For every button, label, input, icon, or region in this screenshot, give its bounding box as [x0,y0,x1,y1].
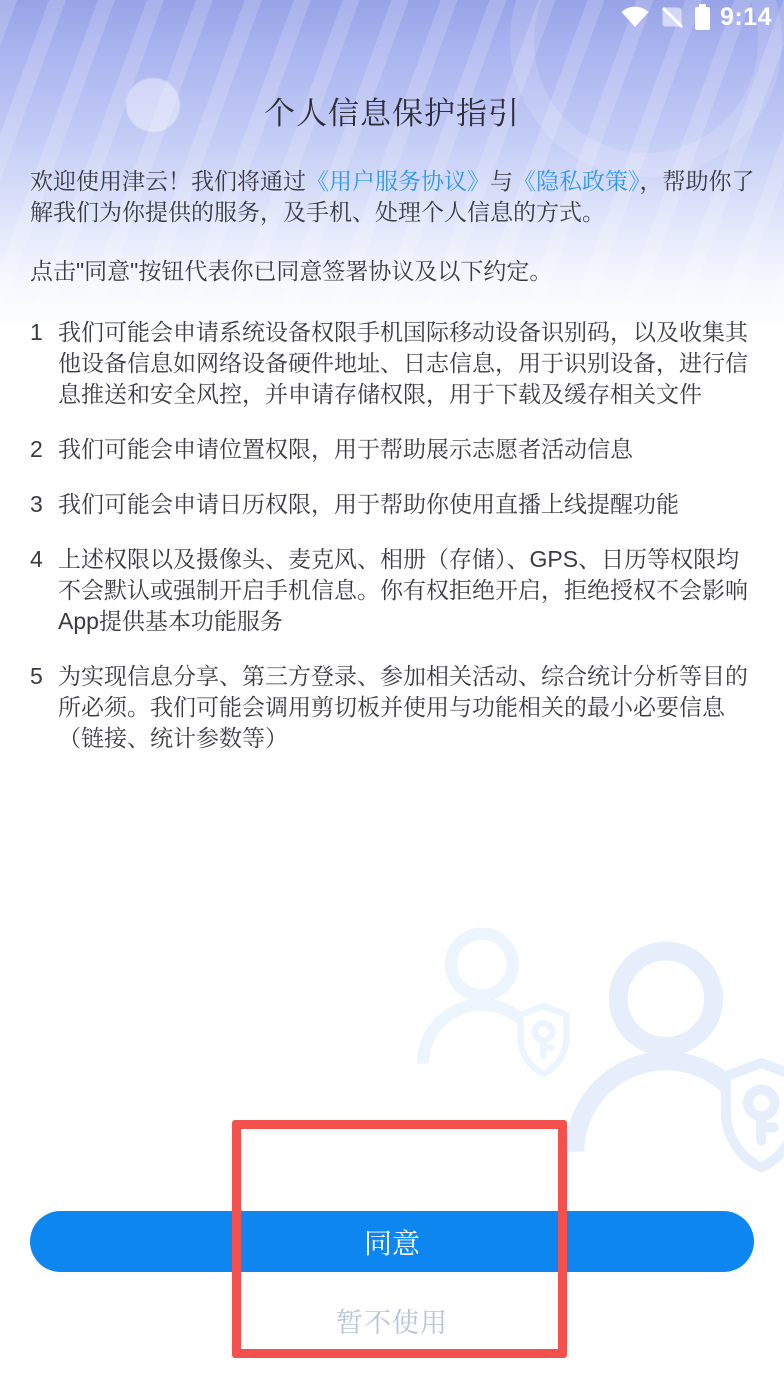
term-item: 5 为实现信息分享、第三方登录、参加相关活动、综合统计分析等目的所必须。我们可能… [30,661,756,754]
term-number: 1 [30,317,58,410]
battery-icon [694,4,711,31]
content: 欢迎使用津云！我们将通过《用户服务协议》与《隐私政策》，帮助你了解我们为你提供的… [30,166,756,778]
term-item: 1 我们可能会申请系统设备权限手机国际移动设备识别码，以及收集其他设备信息如网络… [30,317,756,410]
privacy-policy-link[interactable]: 《隐私政策》 [513,168,640,194]
term-item: 3 我们可能会申请日历权限，用于帮助你使用直播上线提醒功能 [30,489,756,520]
user-agreement-link[interactable]: 《用户服务协议》 [306,168,490,194]
app-screen: 9:14 个人信息保护指引 欢迎使用津云！我们将通过《用户服务协议》与《隐私政策… [0,0,784,1392]
status-time: 9:14 [720,3,772,32]
term-number: 2 [30,434,58,465]
not-now-button[interactable]: 暂不使用 [0,1298,784,1342]
agree-button[interactable]: 同意 [30,1211,754,1272]
intro-text-1: 欢迎使用津云！我们将通过 [30,168,306,194]
user-shield-watermark-icon [410,920,575,1085]
term-text: 上述权限以及摄像头、麦克风、相册（存储）、GPS、日历等权限均不会默认或强制开启… [58,544,756,637]
status-bar: 9:14 [0,0,784,34]
term-number: 3 [30,489,58,520]
term-text: 我们可能会申请位置权限，用于帮助展示志愿者活动信息 [58,434,756,465]
term-number: 5 [30,661,58,754]
agree-note: 点击"同意"按钮代表你已同意签署协议及以下约定。 [30,256,756,287]
term-item: 2 我们可能会申请位置权限，用于帮助展示志愿者活动信息 [30,434,756,465]
intro-text-2: 与 [490,168,513,194]
term-text: 为实现信息分享、第三方登录、参加相关活动、综合统计分析等目的所必须。我们可能会调… [58,661,756,754]
wifi-icon [620,6,650,28]
term-text: 我们可能会申请系统设备权限手机国际移动设备识别码，以及收集其他设备信息如网络设备… [58,317,756,410]
no-sim-icon [659,4,685,30]
term-item: 4 上述权限以及摄像头、麦克风、相册（存储）、GPS、日历等权限均不会默认或强制… [30,544,756,637]
term-number: 4 [30,544,58,637]
page-title: 个人信息保护指引 [0,88,784,133]
user-shield-watermark-icon [555,930,784,1185]
intro-paragraph: 欢迎使用津云！我们将通过《用户服务协议》与《隐私政策》，帮助你了解我们为你提供的… [30,166,756,228]
term-text: 我们可能会申请日历权限，用于帮助你使用直播上线提醒功能 [58,489,756,520]
